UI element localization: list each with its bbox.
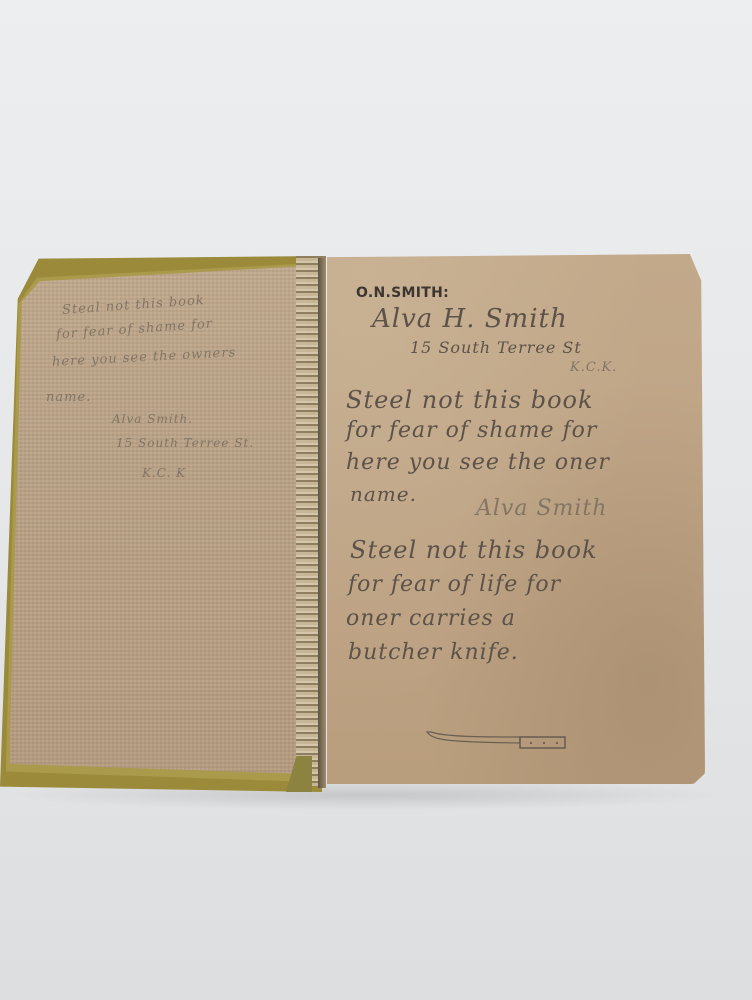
left-inscription-line-4: name.	[46, 390, 91, 405]
verse1-line-2: for fear of shame for	[346, 418, 597, 443]
verse1-line-3: here you see the oner	[346, 450, 610, 475]
verse1-line-1: Steel not this book	[346, 386, 594, 414]
verse1-line-4: name.	[350, 482, 417, 506]
inside-cover-pastedown	[10, 266, 306, 774]
knife-drawing-icon	[425, 728, 575, 758]
left-address-line-1: 15 South Terree St.	[116, 436, 254, 450]
owner-name: Alva H. Smith	[372, 304, 568, 334]
verse2-line-3: oner carries a	[346, 606, 516, 631]
left-address-line-2: K.C. K	[142, 466, 186, 480]
gutter-shadow	[318, 258, 326, 788]
verse2-line-2: for fear of life for	[348, 572, 561, 597]
photo-scene: Steal not this book for fear of shame fo…	[0, 0, 752, 1000]
verse1-signature: Alva Smith	[476, 496, 607, 521]
right-address-line-2: K.C.K.	[570, 360, 617, 375]
verse2-line-1: Steel not this book	[350, 536, 598, 564]
right-address-line-1: 15 South Terree St	[410, 338, 582, 357]
owner-stamp: O.N.SMITH:	[356, 285, 449, 301]
verse2-line-4: butcher knife.	[348, 640, 519, 665]
left-signature: Alva Smith.	[112, 412, 193, 426]
